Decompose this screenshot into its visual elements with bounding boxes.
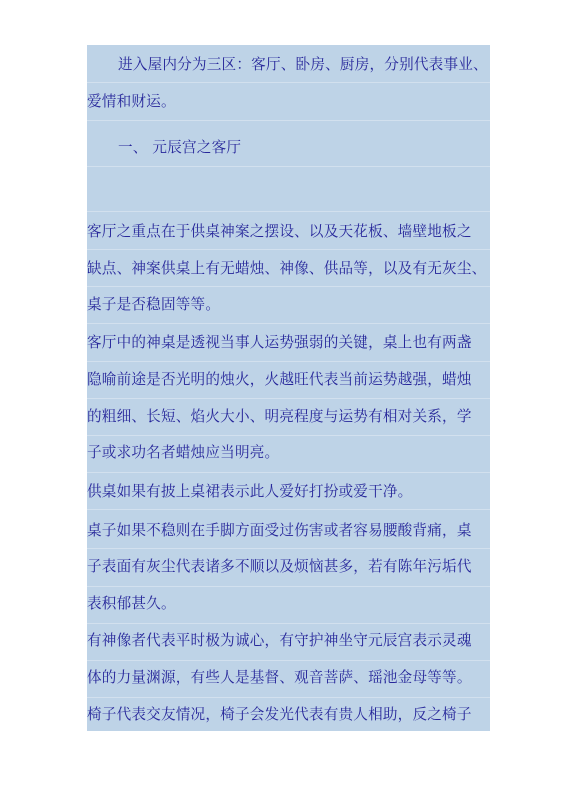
paragraph-line: 进入屋内分为三区：客厅、卧房、厨房，分别代表事业、 <box>87 55 521 75</box>
line-separator <box>87 586 490 587</box>
line-separator <box>87 361 490 362</box>
line-separator <box>87 623 490 624</box>
line-separator <box>87 211 490 212</box>
line-separator <box>87 548 490 549</box>
document-page: 进入屋内分为三区：客厅、卧房、厨房，分别代表事业、 爱情和财运。 一、 元辰宫之… <box>87 45 490 731</box>
paragraph-line: 的粗细、长短、焰火大小、明亮程度与运势有相对关系，学 <box>87 407 490 427</box>
paragraph-line: 体的力量渊源，有些人是基督、观音菩萨、瑶池金母等等。 <box>87 668 490 688</box>
section-heading: 一、 元辰宫之客厅 <box>87 138 521 158</box>
paragraph-line: 表积郁甚久。 <box>87 594 490 614</box>
paragraph-line: 爱情和财运。 <box>87 92 490 112</box>
line-separator <box>87 249 490 250</box>
line-separator <box>87 472 490 473</box>
paragraph-line: 客厅之重点在于供桌神案之摆设、以及天花板、墙壁地板之 <box>87 222 490 242</box>
paragraph-line: 隐喻前途是否光明的烛火，火越旺代表当前运势越强，蜡烛 <box>87 370 490 390</box>
line-separator <box>87 120 490 121</box>
paragraph-line: 缺点、神案供桌上有无蜡烛、神像、供品等，以及有无灰尘、 <box>87 259 490 279</box>
line-separator <box>87 286 490 287</box>
line-separator <box>87 660 490 661</box>
paragraph-line: 供桌如果有披上桌裙表示此人爱好打扮或爱干净。 <box>87 482 490 502</box>
line-separator <box>87 82 490 83</box>
line-separator <box>87 697 490 698</box>
line-separator <box>87 509 490 510</box>
paragraph-line: 桌子如果不稳则在手脚方面受过伤害或者容易腰酸背痛，桌 <box>87 521 490 541</box>
paragraph-line: 子或求功名者蜡烛应当明亮。 <box>87 443 490 463</box>
line-separator <box>87 435 490 436</box>
line-separator <box>87 323 490 324</box>
line-separator <box>87 166 490 167</box>
paragraph-line: 椅子代表交友情况，椅子会发光代表有贵人相助，反之椅子 <box>87 705 490 725</box>
paragraph-line: 有神像者代表平时极为诚心，有守护神坐守元辰宫表示灵魂 <box>87 631 490 651</box>
paragraph-line: 桌子是否稳固等等。 <box>87 295 490 315</box>
paragraph-line: 子表面有灰尘代表诸多不顺以及烦恼甚多，若有陈年污垢代 <box>87 557 490 577</box>
line-separator <box>87 398 490 399</box>
paragraph-line: 客厅中的神桌是透视当事人运势强弱的关键，桌上也有两盏 <box>87 333 490 353</box>
